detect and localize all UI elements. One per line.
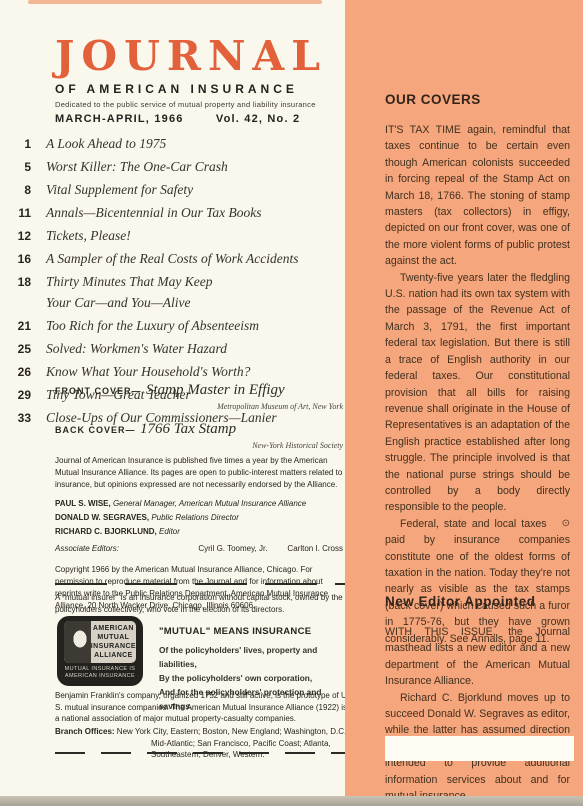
new-editor-section: New Editor Appointed WITH THIS ISSUE, th… [385, 594, 570, 804]
staff-role: General Manager, American Mutual Insuran… [111, 499, 307, 508]
toc-page-number: 26 [16, 365, 46, 379]
our-covers-heading: OUR COVERS [385, 92, 570, 107]
franklin-history-note: Benjamin Franklin's company, organized 1… [55, 690, 353, 725]
toc-page-number: 5 [16, 160, 46, 174]
scan-edge-streak [28, 0, 322, 4]
slogan-heading: "MUTUAL" MEANS INSURANCE [159, 626, 354, 637]
associate-editor-1: Cyril G. Toomey, Jr. [198, 543, 267, 555]
toc-item: 21 Too Rich for the Luxury of Absenteeis… [16, 319, 338, 333]
toc-article-title: Too Rich for the Luxury of Absenteeism [46, 319, 259, 333]
alliance-tv-logo: AMERICAN MUTUAL INSURANCE ALLIANCE MUTUA… [57, 616, 143, 686]
journal-title: JOURNAL [55, 36, 345, 77]
publisher-block: Journal of American Insurance is publish… [55, 455, 347, 612]
our-covers-paragraph-2: Twenty-five years later the fledgling U.… [385, 270, 570, 516]
toc-item: 12 Tickets, Please! [16, 229, 338, 243]
end-of-article-icon: ⊙ [547, 516, 570, 532]
branch-offices-label: Branch Offices: [55, 727, 115, 736]
dedication-line: Dedicated to the public service of mutua… [55, 100, 345, 109]
toc-article-title: Vital Supplement for Safety [46, 183, 193, 197]
toc-page-number: 21 [16, 319, 46, 333]
volume-number: Vol. 42, No. 2 [216, 113, 300, 125]
issue-line: MARCH-APRIL, 1966 Vol. 42, No. 2 [55, 113, 345, 125]
journal-subtitle: OF AMERICAN INSURANCE [55, 82, 345, 96]
masthead: JOURNAL OF AMERICAN INSURANCE Dedicated … [55, 36, 345, 125]
staff-role: Editor [157, 527, 180, 536]
toc-item: 25 Solved: Workmen's Water Hazard [16, 342, 338, 356]
staff-name: RICHARD C. BJORKLUND, [55, 527, 157, 536]
toc-item: 11 Annals—Bicentennial in Our Tax Books [16, 206, 338, 220]
alliance-logo-text: AMERICAN MUTUAL INSURANCE ALLIANCE [91, 621, 136, 663]
staff-line: RICHARD C. BJORKLUND, Editor [55, 526, 347, 538]
franklin-portrait-icon [64, 621, 91, 663]
back-cover-line: BACK COVER— 1766 Tax Stamp [55, 420, 343, 438]
cover-credits: FRONT COVER— Stamp Master in Effigy Metr… [55, 381, 343, 459]
staff-role: Public Relations Director [149, 513, 239, 522]
front-cover-credit: Metropolitan Museum of Art, New York [55, 402, 343, 411]
dashed-divider [55, 752, 345, 754]
staff-line: DONALD W. SEGRAVES, Public Relations Dir… [55, 512, 347, 524]
toc-item: 1 A Look Ahead to 1975 [16, 137, 338, 151]
slogan-line: By the policyholders' own corporation, [159, 671, 354, 685]
alliance-logo-tagline: MUTUAL INSURANCE IS AMERICAN INSURANCE [64, 666, 136, 680]
toc-item: 26 Know What Your Household's Worth? [16, 365, 338, 379]
tagline-line1: MUTUAL INSURANCE IS [64, 666, 136, 673]
toc-page-number: 12 [16, 229, 46, 243]
toc-article-title: Solved: Workmen's Water Hazard [46, 342, 227, 356]
toc-article-title-line2: Your Car—and You—Alive [46, 296, 212, 310]
toc-page-number: 33 [16, 411, 46, 425]
toc-article-title-line1: Thirty Minutes That May Keep [46, 274, 212, 289]
toc-page-number: 11 [16, 206, 46, 220]
toc-page-number: 29 [16, 388, 46, 402]
toc-item: 8 Vital Supplement for Safety [16, 183, 338, 197]
toc-article-title: Tickets, Please! [46, 229, 131, 243]
associate-editor-2: Carlton I. Cross [287, 543, 343, 555]
staff-line: PAUL S. WISE, General Manager, American … [55, 498, 347, 510]
scan-bottom-edge [0, 796, 583, 806]
new-editor-heading: New Editor Appointed [385, 594, 570, 609]
tagline-line2: AMERICAN INSURANCE [64, 673, 136, 680]
toc-article-title: Annals—Bicentennial in Our Tax Books [46, 206, 262, 220]
toc-page-number: 8 [16, 183, 46, 197]
toc-article-title: A Sampler of the Real Costs of Work Acci… [46, 252, 298, 266]
branch-offices-list: New York City, Eastern; Boston, New Engl… [115, 727, 349, 759]
branch-offices: Branch Offices: New York City, Eastern; … [55, 726, 353, 761]
toc-page-number: 1 [16, 137, 46, 151]
back-cover-credit: New-York Historical Society [55, 441, 343, 450]
publisher-about: Journal of American Insurance is publish… [55, 455, 347, 491]
our-covers-section: OUR COVERS IT'S TAX TIME again, remindfu… [385, 92, 570, 647]
toc-page-number: 25 [16, 342, 46, 356]
right-sidebar-panel: OUR COVERS IT'S TAX TIME again, remindfu… [345, 0, 583, 796]
front-cover-label: FRONT COVER— [55, 386, 142, 396]
slogan-line: Of the policyholders' lives, property an… [159, 643, 354, 671]
associate-editors-label: Associate Editors: [55, 543, 119, 555]
toc-page-number: 16 [16, 252, 46, 266]
front-cover-title: Stamp Master in Effigy [146, 382, 285, 398]
dashed-divider [55, 583, 345, 585]
toc-article-title: A Look Ahead to 1975 [46, 137, 166, 151]
toc-article-title: Thirty Minutes That May Keep Your Car—an… [46, 275, 212, 310]
front-cover-line: FRONT COVER— Stamp Master in Effigy [55, 381, 343, 399]
mutual-insurer-definition: A "mutual insurer" is an insurance corpo… [55, 592, 353, 615]
toc-page-number: 18 [16, 275, 46, 310]
magazine-page: JOURNAL OF AMERICAN INSURANCE Dedicated … [0, 0, 583, 806]
toc-article-title: Worst Killer: The One-Car Crash [46, 160, 228, 174]
blank-image-strip [385, 736, 574, 761]
toc-item: 5 Worst Killer: The One-Car Crash [16, 160, 338, 174]
toc-item: 18 Thirty Minutes That May Keep Your Car… [16, 275, 338, 310]
staff-name: PAUL S. WISE, [55, 499, 111, 508]
back-cover-title: 1766 Tax Stamp [140, 421, 236, 437]
toc-item: 16 A Sampler of the Real Costs of Work A… [16, 252, 338, 266]
associate-editor-names: Cyril G. Toomey, Jr. Carlton I. Cross [198, 543, 347, 555]
new-editor-paragraph-1: WITH THIS ISSUE, the Journal masthead li… [385, 624, 570, 690]
back-cover-label: BACK COVER— [55, 425, 136, 435]
associate-editors-line: Associate Editors: Cyril G. Toomey, Jr. … [55, 543, 347, 555]
toc-article-title: Know What Your Household's Worth? [46, 365, 250, 379]
issue-date: MARCH-APRIL, 1966 [55, 113, 184, 125]
staff-name: DONALD W. SEGRAVES, [55, 513, 149, 522]
our-covers-paragraph-1: IT'S TAX TIME again, remindful that taxe… [385, 122, 570, 270]
tv-screen: AMERICAN MUTUAL INSURANCE ALLIANCE [64, 621, 136, 663]
